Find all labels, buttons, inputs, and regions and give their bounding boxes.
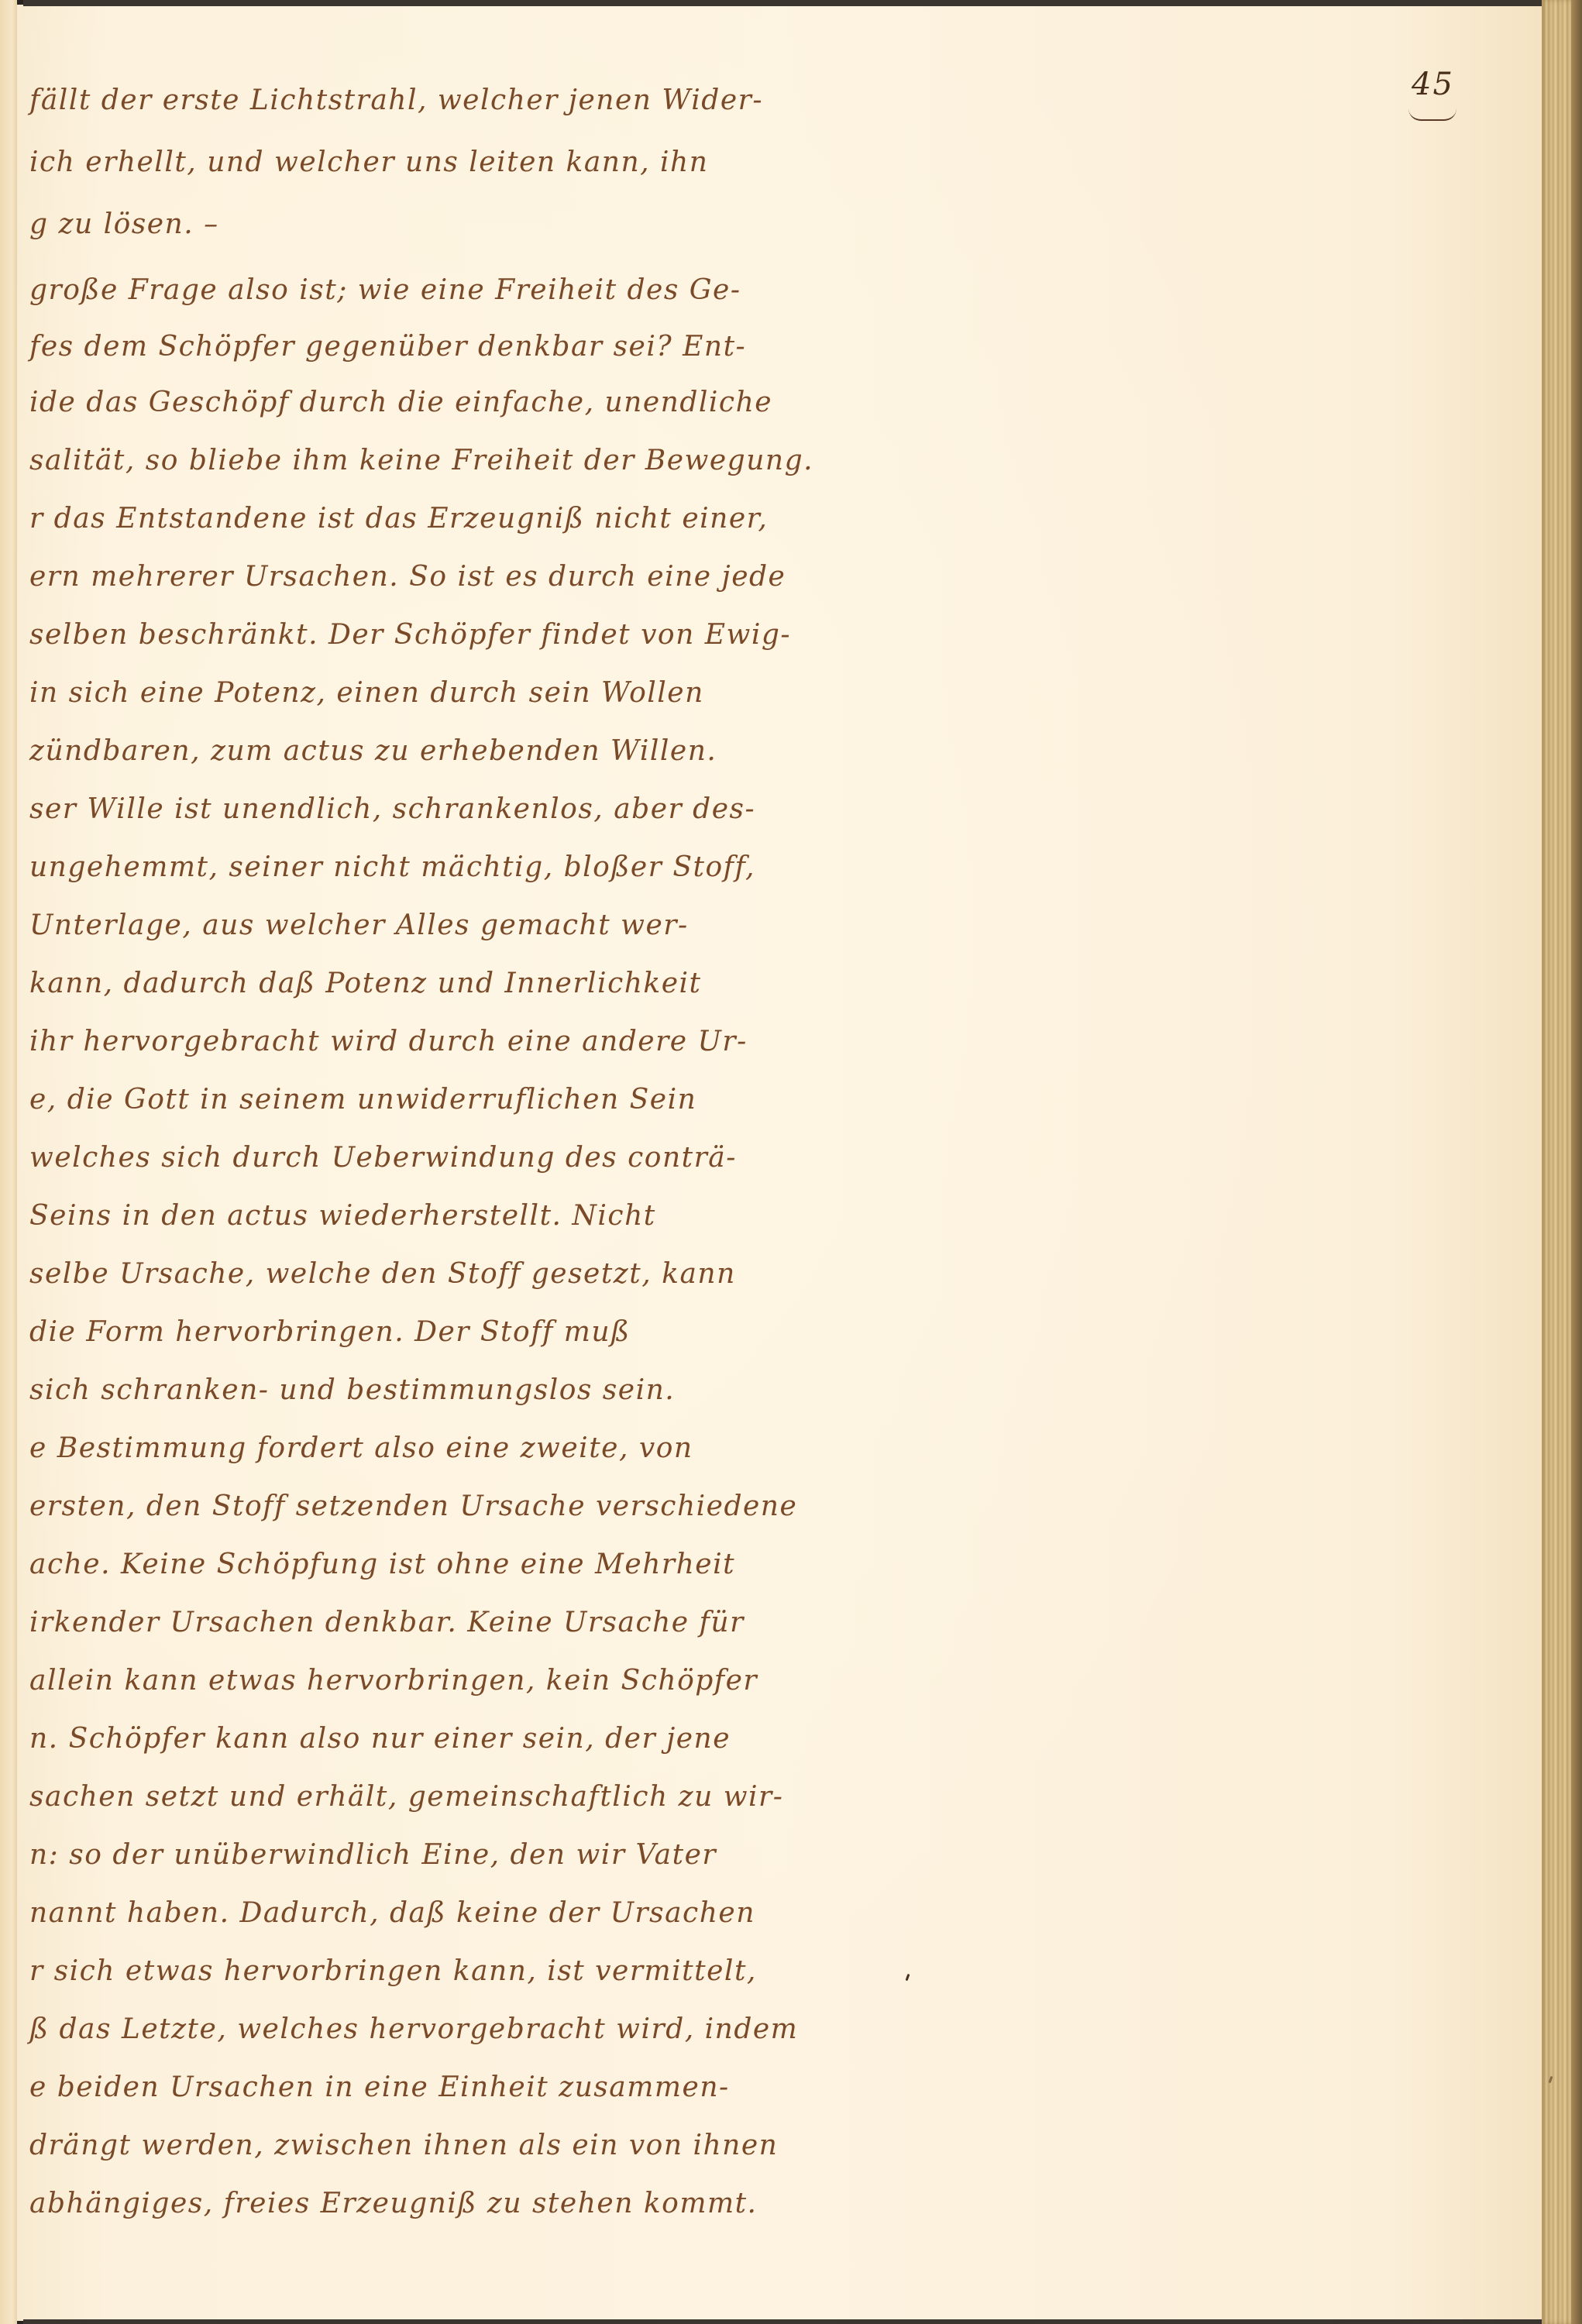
text-line: irkender Ursachen denkbar. Keine Ursache…	[29, 1600, 745, 1646]
page-bottom-edge	[23, 2319, 1557, 2324]
text-line: Seins in den actus wiederherstellt. Nich…	[29, 1193, 656, 1239]
text-line: selbe Ursache, welche den Stoff gesetzt,…	[29, 1251, 736, 1298]
text-line: n. Schöpfer kann also nur einer sein, de…	[29, 1716, 731, 1762]
text-line: selben beschränkt. Der Schöpfer findet v…	[29, 612, 791, 658]
binding-gutter	[0, 0, 17, 2324]
text-line: kann, dadurch daß Potenz und Innerlichke…	[29, 961, 702, 1007]
page-top-edge	[23, 0, 1557, 6]
text-line: ser Wille ist unendlich, schrankenlos, a…	[29, 786, 755, 833]
text-line: salität, so bliebe ihm keine Freiheit de…	[29, 438, 813, 484]
book-cover-edge	[1571, 0, 1582, 2324]
text-line: ungehemmt, seiner nicht mächtig, bloßer …	[29, 844, 755, 891]
text-line: die Form hervorbringen. Der Stoff muß	[29, 1309, 631, 1356]
text-line: nannt haben. Dadurch, daß keine der Ursa…	[29, 1890, 755, 1937]
manuscript-scan: 45 fällt der erste Lichtstrahl, welcher …	[0, 0, 1582, 2324]
text-line: ihr hervorgebracht wird durch eine ander…	[29, 1019, 748, 1065]
text-line: zündbaren, zum actus zu erhebenden Wille…	[29, 728, 717, 775]
text-line: e, die Gott in seinem unwiderruflichen S…	[29, 1077, 696, 1123]
text-line: ern mehrerer Ursachen. So ist es durch e…	[29, 554, 786, 600]
text-line: g zu lösen. –	[29, 201, 219, 248]
text-line: sich schranken- und bestimmungslos sein.	[29, 1367, 675, 1414]
text-line: e beiden Ursachen in eine Einheit zusamm…	[29, 2064, 730, 2111]
text-line: drängt werden, zwischen ihnen als ein vo…	[29, 2123, 778, 2169]
text-line: e Bestimmung fordert also eine zweite, v…	[29, 1425, 693, 1472]
text-line: n: so der unüberwindlich Eine, den wir V…	[29, 1832, 717, 1879]
text-line: ache. Keine Schöpfung ist ohne eine Mehr…	[29, 1542, 735, 1588]
page-number: 45	[1412, 67, 1454, 102]
text-line: r sich etwas hervorbringen kann, ist ver…	[29, 1948, 757, 1995]
text-line: welches sich durch Ueberwindung des cont…	[29, 1135, 737, 1181]
text-line: r das Entstandene ist das Erzeugniß nich…	[29, 496, 768, 542]
text-line: in sich eine Potenz, einen durch sein Wo…	[29, 670, 704, 717]
text-line: sachen setzt und erhält, gemeinschaftlic…	[29, 1774, 783, 1820]
text-line: ersten, den Stoff setzenden Ursache vers…	[29, 1483, 797, 1530]
text-line: abhängiges, freies Erzeugniß zu stehen k…	[29, 2181, 758, 2227]
text-line: allein kann etwas hervorbringen, kein Sc…	[29, 1658, 758, 1704]
text-line: fes dem Schöpfer gegenüber denkbar sei? …	[29, 324, 746, 370]
text-line: ide das Geschöpf durch die einfache, une…	[29, 380, 772, 426]
text-line: ich erhellt, und welcher uns leiten kann…	[29, 139, 708, 186]
text-line: fällt der erste Lichtstrahl, welcher jen…	[29, 77, 763, 124]
text-line: ß das Letzte, welches hervorgebracht wir…	[29, 2006, 798, 2053]
page-number-flourish	[1408, 108, 1456, 121]
text-line: Unterlage, aus welcher Alles gemacht wer…	[29, 902, 689, 949]
text-line: große Frage also ist; wie eine Freiheit …	[29, 267, 741, 314]
